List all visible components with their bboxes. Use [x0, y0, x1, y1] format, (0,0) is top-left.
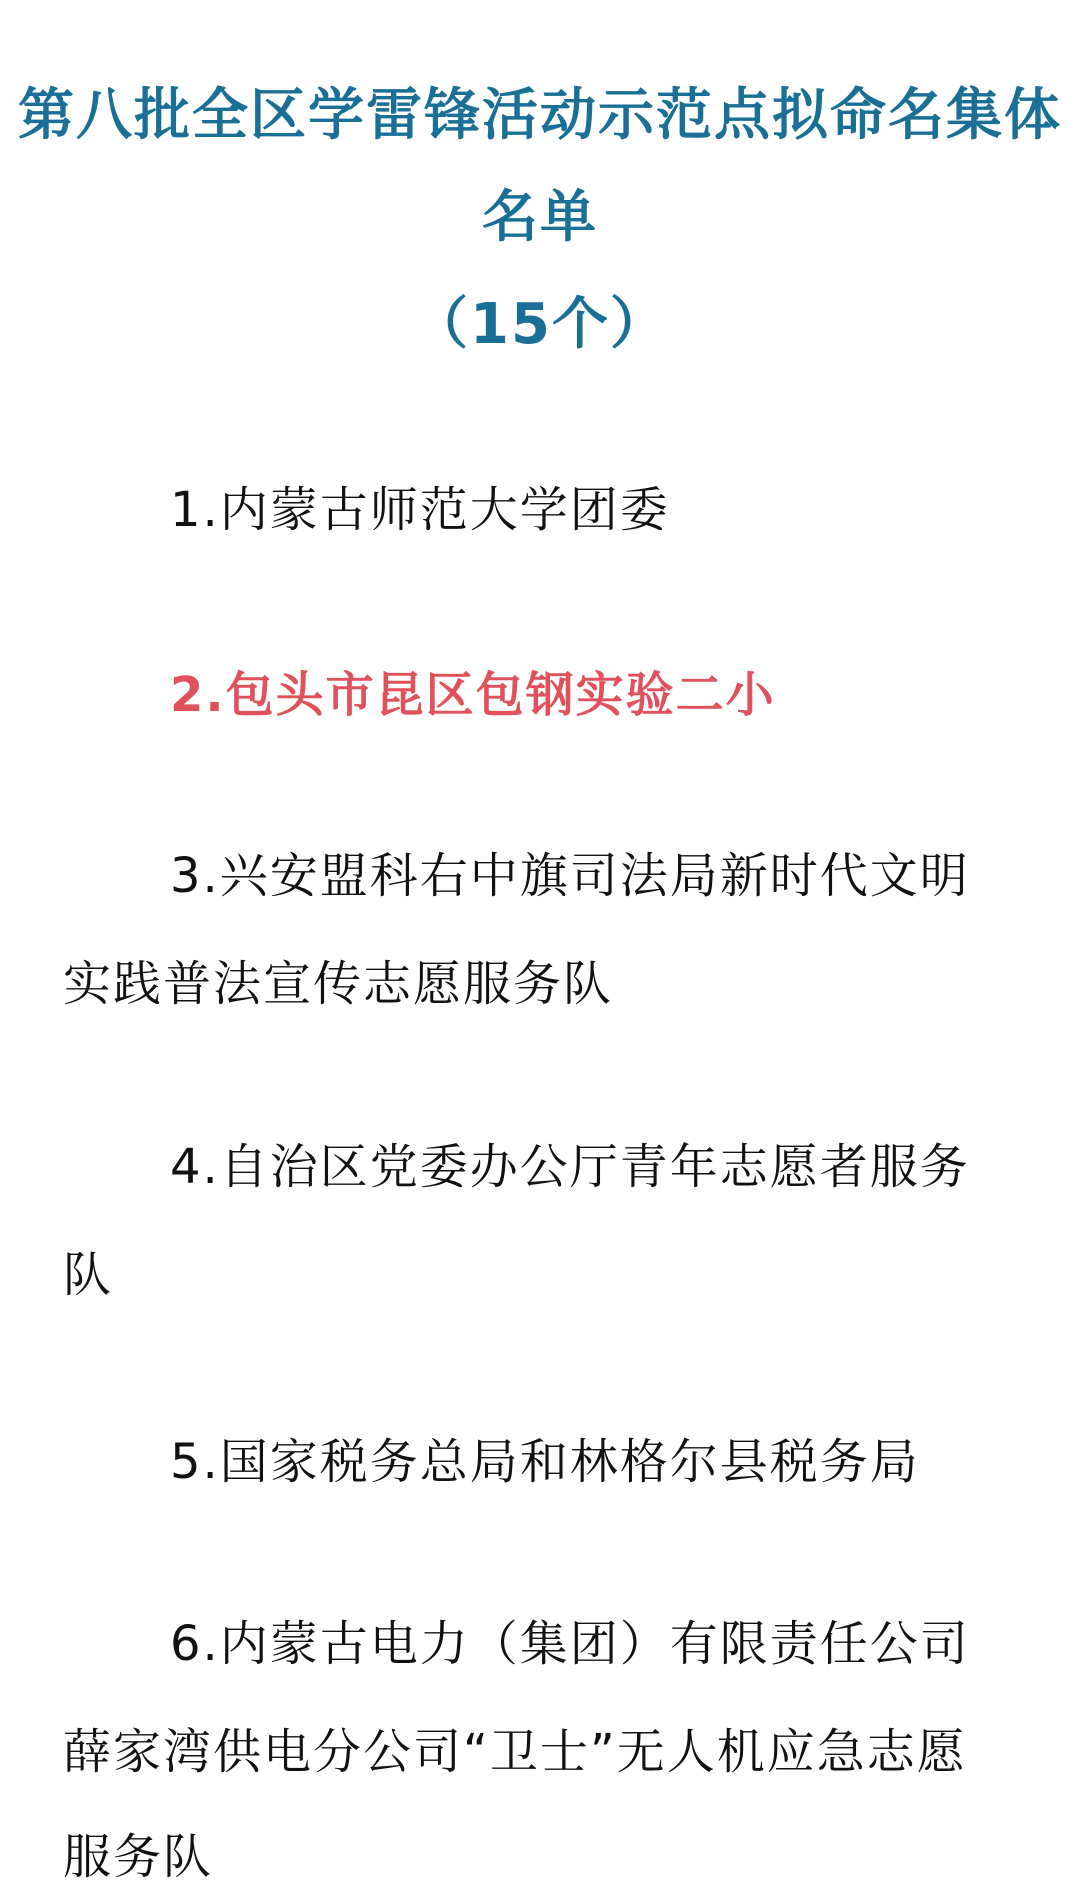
list-item-3-continuation: 实践普法宣传志愿服务队 — [63, 954, 1023, 1014]
list-item-6-continuation-1: 薛家湾供电分公司“卫士”无人机应急志愿 — [63, 1722, 1023, 1782]
title-line-1: 第八批全区学雷锋活动示范点拟命名集体 — [0, 84, 1080, 148]
list-item-4-continuation: 队 — [63, 1245, 1023, 1305]
document-page: 第八批全区学雷锋活动示范点拟命名集体 名单 （15个） 1.内蒙古师范大学团委 … — [0, 0, 1080, 1898]
list-item-2-highlighted: 2.包头市昆区包钢实验二小 — [63, 665, 1023, 725]
list-item-1: 1.内蒙古师范大学团委 — [63, 480, 1023, 540]
list-item-6: 6.内蒙古电力（集团）有限责任公司 — [63, 1614, 1023, 1674]
list-item-3: 3.兴安盟科右中旗司法局新时代文明 — [63, 846, 1023, 906]
list-item-5: 5.国家税务总局和林格尔县税务局 — [63, 1432, 1023, 1492]
title-count: （15个） — [0, 293, 1080, 357]
title-line-2: 名单 — [0, 186, 1080, 250]
list-item-6-continuation-2: 服务队 — [63, 1827, 1023, 1887]
list-item-4: 4.自治区党委办公厅青年志愿者服务 — [63, 1137, 1023, 1197]
